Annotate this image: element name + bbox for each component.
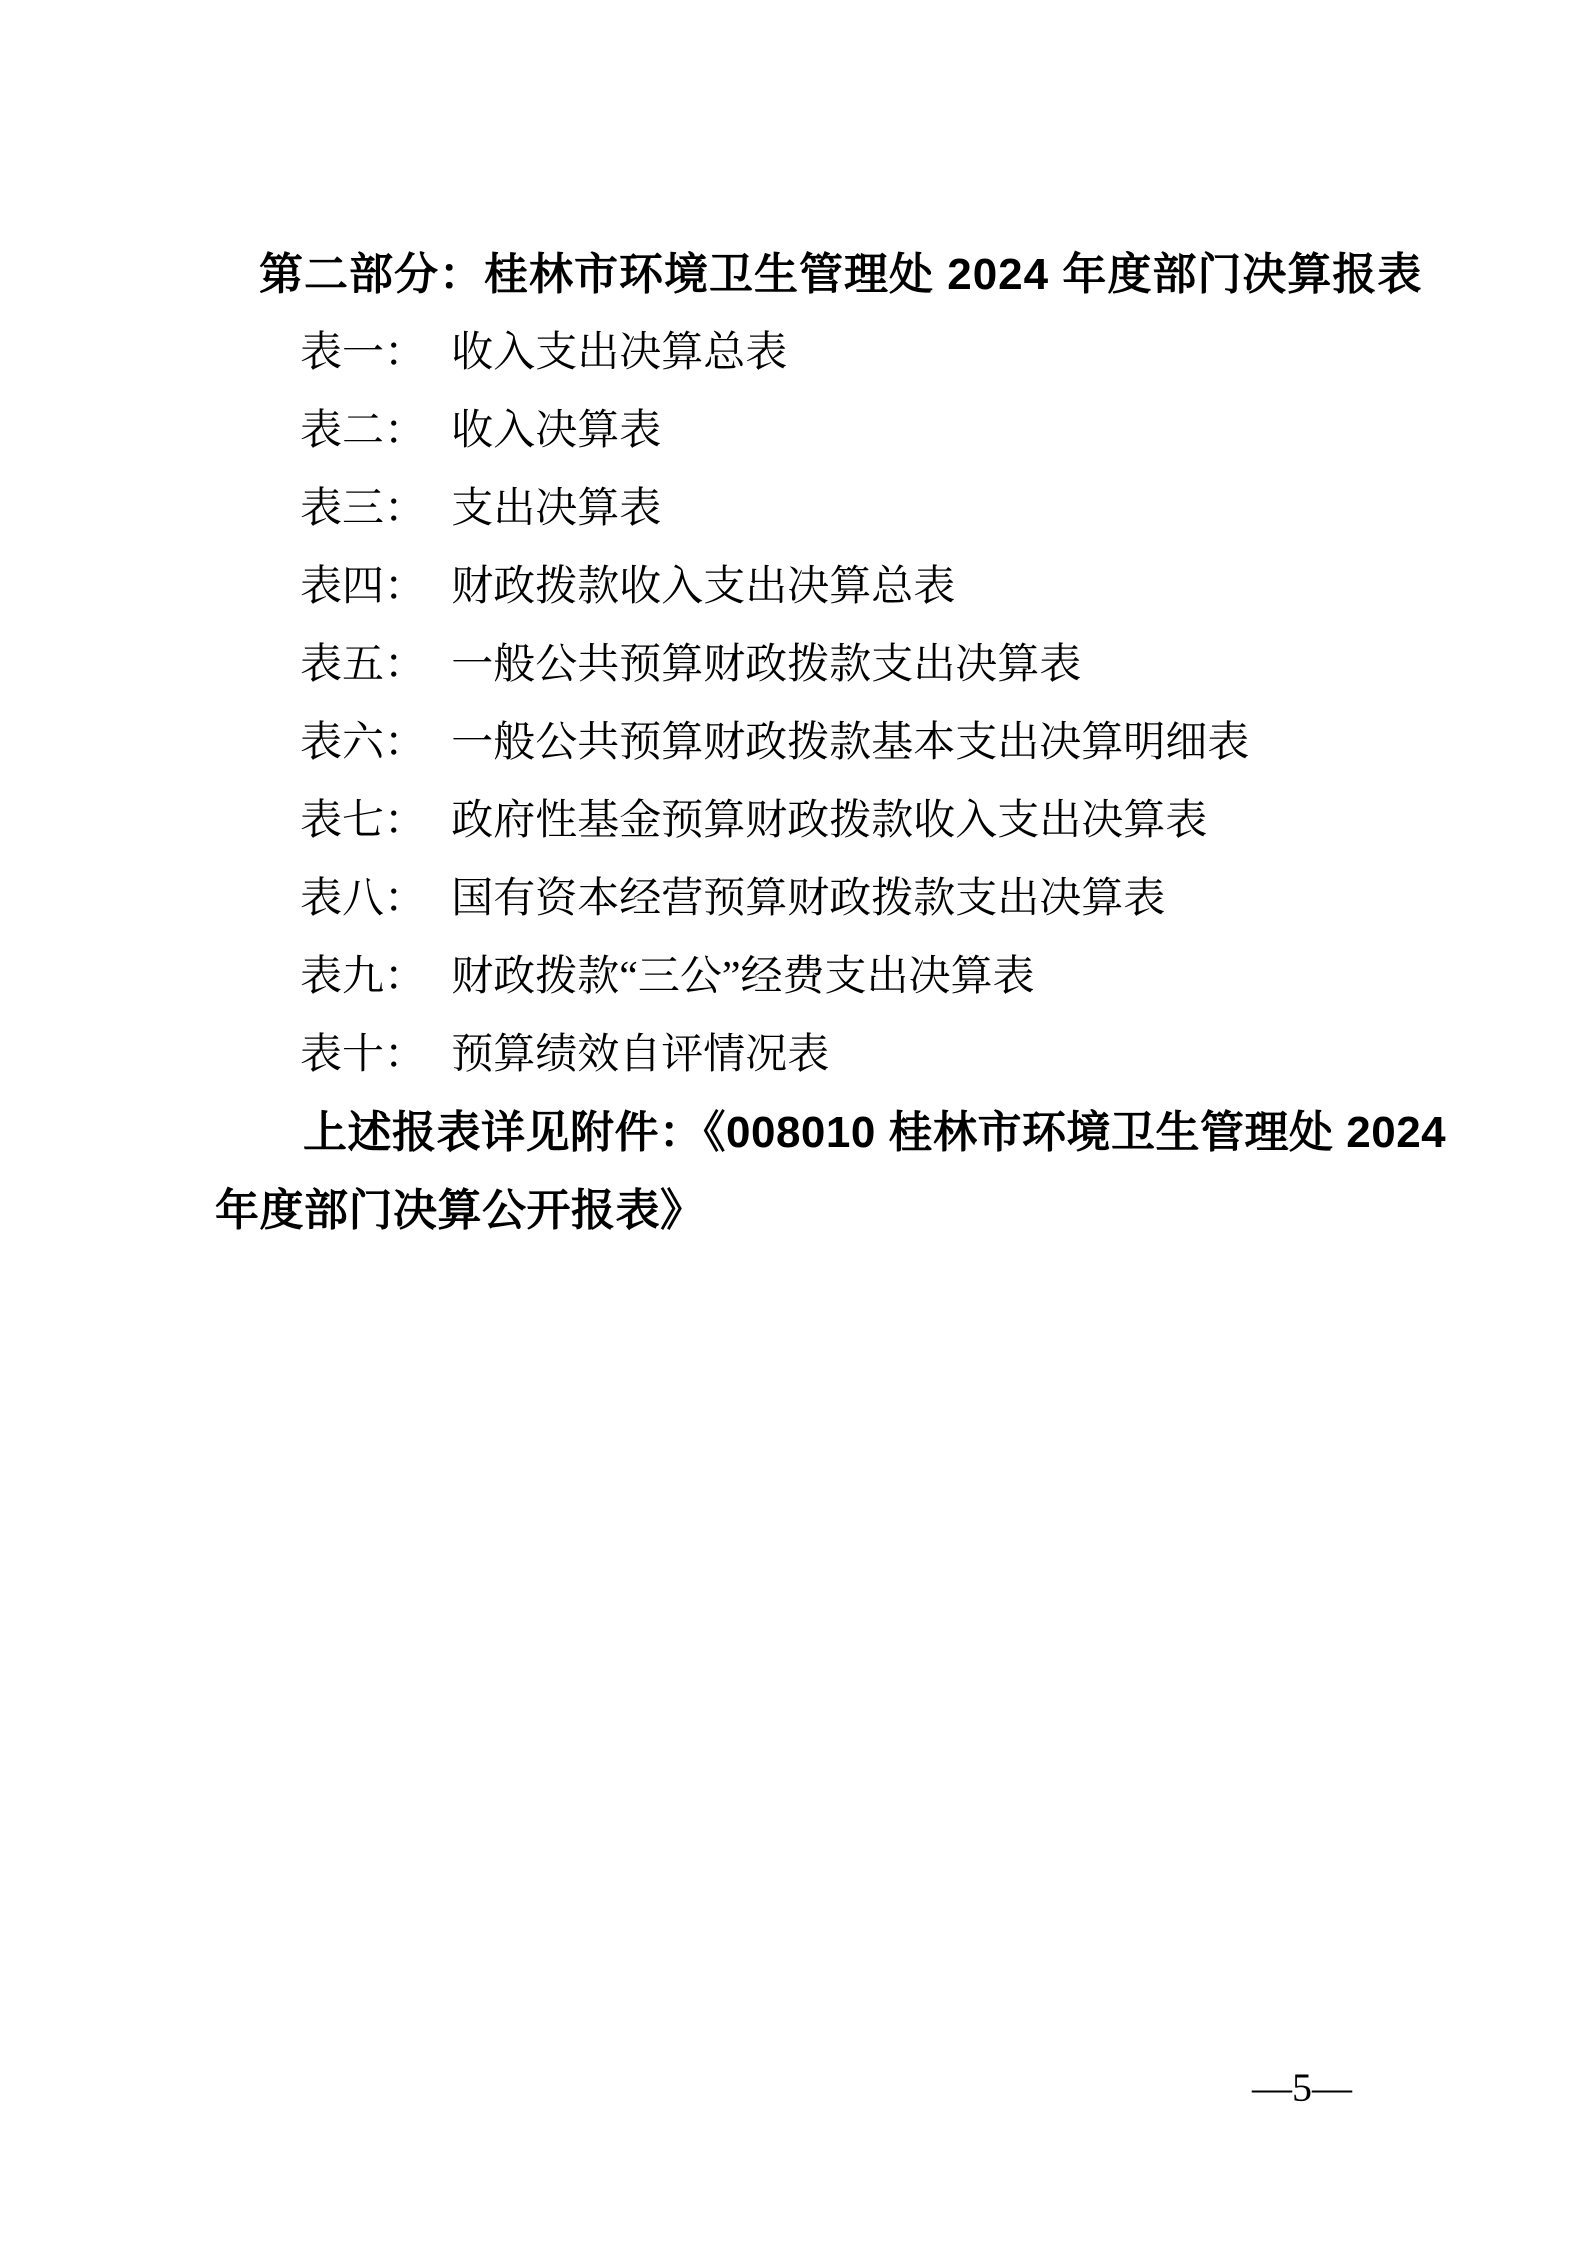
table-name: 财政拨款“三公”经费支出决算表 (451, 954, 1034, 1000)
table-list: 表一：收入支出决算总表 表二：收入决算表 表三：支出决算表 表四：财政拨款收入支… (215, 314, 1372, 1094)
table-name: 国有资本经营预算财政拨款支出决算表 (451, 876, 1165, 922)
table-list-item: 表七：政府性基金预算财政拨款收入支出决算表 (300, 782, 1372, 860)
table-label: 表十： (300, 1032, 426, 1078)
attachment-note-line-2: 年度部门决算公开报表》 (215, 1172, 1372, 1250)
table-list-item: 表五：一般公共预算财政拨款支出决算表 (300, 626, 1372, 704)
table-label: 表二： (300, 408, 426, 454)
table-list-item: 表十：预算绩效自评情况表 (300, 1016, 1372, 1094)
table-label: 表五： (300, 642, 426, 688)
table-label: 表一： (300, 330, 426, 376)
table-label: 表七： (300, 798, 426, 844)
table-name: 财政拨款收入支出决算总表 (451, 564, 955, 610)
table-list-item: 表六：一般公共预算财政拨款基本支出决算明细表 (300, 704, 1372, 782)
table-label: 表九： (300, 954, 426, 1000)
page-number: —5— (1252, 2058, 1352, 2118)
table-list-item: 表八：国有资本经营预算财政拨款支出决算表 (300, 860, 1372, 938)
table-name: 收入决算表 (451, 408, 661, 454)
table-label: 表六： (300, 720, 426, 766)
table-list-item: 表一：收入支出决算总表 (300, 314, 1372, 392)
table-label: 表三： (300, 486, 426, 532)
table-name: 政府性基金预算财政拨款收入支出决算表 (451, 798, 1207, 844)
section-title: 第二部分：桂林市环境卫生管理处 2024 年度部门决算报表 (259, 236, 1372, 314)
table-list-item: 表四：财政拨款收入支出决算总表 (300, 548, 1372, 626)
table-name: 支出决算表 (451, 486, 661, 532)
table-list-item: 表二：收入决算表 (300, 392, 1372, 470)
table-name: 一般公共预算财政拨款基本支出决算明细表 (451, 720, 1249, 766)
attachment-note: 上述报表详见附件：《008010 桂林市环境卫生管理处 2024 年度部门决算公… (215, 1094, 1372, 1250)
attachment-note-line-1: 上述报表详见附件：《008010 桂林市环境卫生管理处 2024 (215, 1094, 1372, 1172)
table-label: 表四： (300, 564, 426, 610)
table-name: 预算绩效自评情况表 (451, 1032, 829, 1078)
table-list-item: 表三：支出决算表 (300, 470, 1372, 548)
table-label: 表八： (300, 876, 426, 922)
document-page: 第二部分：桂林市环境卫生管理处 2024 年度部门决算报表 表一：收入支出决算总… (0, 0, 1587, 2245)
table-name: 收入支出决算总表 (451, 330, 787, 376)
table-name: 一般公共预算财政拨款支出决算表 (451, 642, 1081, 688)
table-list-item: 表九：财政拨款“三公”经费支出决算表 (300, 938, 1372, 1016)
